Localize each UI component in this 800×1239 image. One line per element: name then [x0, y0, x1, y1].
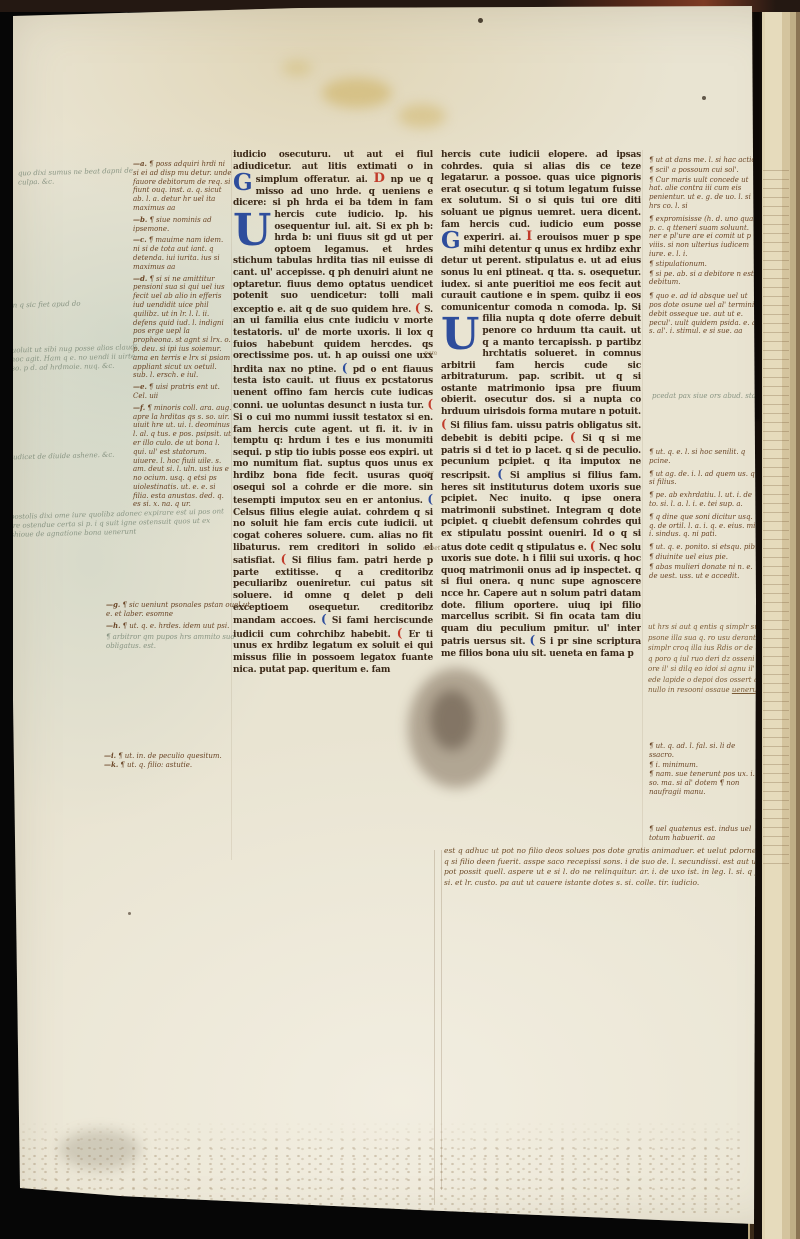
manuscript-text: Nec solu uxoris sue dote. h i filii sui … — [441, 543, 641, 648]
gloss-key: —g. — [106, 600, 120, 609]
follicle-pattern — [18, 1120, 742, 1216]
stain-yellow — [398, 104, 446, 128]
right-margin-gloss-1: ¶ ut at dans me. l. si hac actio. ¶ scil… — [649, 156, 761, 337]
paraph-mark: ( — [590, 539, 596, 553]
gloss-text: ¶ Cur maris uult concede ut hat. alie co… — [649, 176, 751, 210]
gloss-text: ¶ ut at dans me. l. si hac actio. — [649, 156, 758, 164]
gloss-text: ¶ expromisisse (h. d. uno quasi p. c. q … — [649, 215, 759, 258]
gloss-note: ¶ stipulationum. — [649, 260, 761, 269]
paraph-mark: ( — [415, 301, 421, 315]
gloss-text: ¶ arbitror qm pupos hrs ammito suo oblig… — [106, 633, 235, 650]
gloss-key: —i. — [104, 751, 116, 760]
manuscript-text: ai. — [509, 233, 521, 243]
gloss-key: —d. — [133, 274, 147, 283]
text-block: G ai. — [509, 233, 526, 243]
gloss-text: ¶ diuinite uel eius pie. — [649, 553, 728, 561]
gloss-note: —f.¶ minoris coll. ara. aug. apre la hrd… — [133, 404, 232, 510]
gutter-note-text: debet — [423, 545, 440, 552]
faded-note: quo dixi sumus ne beat dapni de culpa. &… — [18, 166, 136, 187]
ruling-line — [434, 850, 435, 1205]
ink-speck — [478, 18, 483, 23]
paraph-mark: ( — [570, 430, 576, 444]
gloss-text: ¶ pe. ab exhrdatiu. l. ut. i. de to. si.… — [649, 491, 752, 508]
gloss-text: ¶ ut. in. de peculio quesitum. — [118, 752, 222, 760]
gutter-note: debet — [423, 545, 440, 552]
paraph-mark: ( — [427, 492, 433, 506]
gloss-text: ¶ nam. sue tenerunt pos ux. i. so. ma. s… — [649, 770, 755, 796]
gloss-note: —b.¶ siue nominis ad ipsemone. — [133, 216, 232, 234]
faded-note-text: non q sic fiet apud do — [4, 300, 81, 310]
gloss-note: —c.¶ mauime nam idem. ni si de tota aut … — [133, 236, 232, 271]
illuminated-initial: U — [441, 316, 479, 354]
gloss-note: ¶ nam. sue tenerunt pos ux. i. so. ma. s… — [649, 770, 761, 796]
right-margin-faded-line: pcedat pax siue ors abud. sta — [652, 392, 772, 401]
gloss-text: ¶ ut. q. e. l. si hoc senilit. q pcine. — [649, 448, 745, 465]
ink-speck — [128, 912, 131, 915]
gloss-note: ¶ abas mulieri donate ni n. e. de uest. … — [649, 563, 761, 581]
gloss-note: ¶ uel quatenus est. indus uel totum habu… — [649, 825, 761, 843]
illuminated-initial: U — [233, 212, 271, 250]
gloss-note: ¶ ut ag. de. i. l. ad quem us. q si fili… — [649, 470, 761, 488]
stain-yellow — [322, 78, 392, 108]
gloss-text: ¶ scil' a possoum cui sol'. — [649, 166, 739, 174]
gloss-key: —b. — [133, 215, 147, 224]
gloss-note: —h.¶ ut. q. e. hrdes. idem uut psi. — [106, 622, 256, 631]
illuminated-initial: G — [441, 231, 461, 251]
faded-note: ad iudicet de diuide ashene. &c. — [0, 450, 130, 462]
paraph-mark: ( — [342, 361, 348, 375]
next-folio-text-showthrough — [763, 170, 789, 870]
text-block: ( Nec solu uxoris sue dote. h i filii su… — [441, 543, 641, 648]
gloss-note: —d.¶ si si ne amittitur pensioni sua si … — [133, 275, 232, 381]
gloss-text: ¶ ut. q. e. hrdes. idem uut psi. — [123, 622, 230, 630]
parchment-page: iudicio osecuturu. ut aut ei fiul adiudi… — [0, 0, 800, 1239]
gloss-text: ¶ q dine que soni dicitur usq. q. de ort… — [649, 513, 760, 539]
faded-note-text: ad iudicet de diuide ashene. &c. — [0, 451, 115, 462]
paraph-mark: ( — [427, 397, 433, 411]
addendum-note: est q adhuc ut pot no filio deos solues … — [444, 846, 792, 888]
ink-speck — [702, 96, 706, 100]
paraph-mark: ( — [281, 552, 287, 566]
left-margin-lower-gloss: —i.¶ ut. in. de peculio quesitum. —k.¶ u… — [104, 752, 264, 770]
gloss-note: ¶ ut. q. ad. l. fal. si. li de ssacro. — [649, 742, 761, 760]
gloss-note: ¶ scil' a possoum cui sol'. — [649, 166, 761, 175]
gloss-key: —f. — [133, 403, 145, 412]
gloss-text: ¶ uel quatenus est. indus uel totum habu… — [649, 825, 751, 842]
gloss-note: —e.¶ uisi pratris ent ut. Cel. uii — [133, 383, 232, 401]
gloss-text: ¶ si pe. ab. si a debitore n est debitum… — [649, 270, 754, 287]
manuscript-text: erouisos muer p spe mihi detentur q unus… — [441, 233, 641, 313]
left-margin-mid-gloss: —g.¶ sic ueniunt psonales pstan ouel ut … — [106, 601, 256, 654]
paraph-mark: ( — [321, 612, 327, 626]
text-block: I erouisos muer p spe mihi detentur q un… — [441, 233, 641, 313]
gloss-key: —e. — [133, 382, 147, 391]
text-block: U lp. his osequentur iul. ait. Si ex ph … — [233, 210, 433, 315]
text-block: G ai. — [356, 175, 374, 185]
gloss-note: ¶ pe. ab exhrdatiu. l. ut. i. de to. si.… — [649, 491, 761, 509]
manuscript-text: hercis cute iudicii elopere. ad ipsas co… — [441, 150, 641, 243]
gloss-note: ¶ q dine que soni dicitur usq. q. de ort… — [649, 513, 761, 539]
gloss-text: ¶ i. minimum. — [649, 761, 698, 769]
ruling-line — [642, 150, 643, 870]
gloss-text: ¶ ut. q. filio: astutie. — [120, 761, 192, 769]
paraph-mark: ( — [497, 467, 503, 481]
right-margin-gloss-2: ¶ ut. q. e. l. si hoc senilit. q pcine. … — [649, 448, 761, 581]
illuminated-initial: G — [233, 173, 253, 193]
faded-note: sic uoluit ut sibi nug posse alios claud… — [0, 343, 138, 373]
gloss-text: ¶ ut ag. de. i. l. ad quem us. q si fili… — [649, 470, 755, 487]
gloss-note: ¶ expromisisse (h. d. uno quasi p. c. q … — [649, 215, 761, 259]
gutter-note-text: pam — [424, 350, 437, 357]
gloss-text: ¶ abas mulieri donate ni n. e. de uest. … — [649, 563, 753, 580]
faded-note-text: quo dixi sumus ne beat dapni de culpa. &… — [18, 167, 133, 187]
rubric-initial: D — [374, 171, 385, 186]
gutter-note: pam — [424, 350, 437, 357]
gloss-key: —c. — [133, 235, 147, 244]
manuscript-text: Si amplius si filius fam. heres sit inst… — [441, 471, 641, 553]
gloss-note: ¶ ut at dans me. l. si hac actio. — [649, 156, 761, 165]
paraph-mark: ( — [441, 417, 447, 431]
faded-note: non q sic fiet apud do — [4, 298, 134, 310]
gloss-text: ¶ poss adquiri hrdi ni si ei ad disp mu … — [133, 160, 232, 212]
gloss-text: ¶ ut. q. e. ponito. si etsqu. pibi. — [649, 543, 759, 551]
ruling-line — [441, 850, 442, 1190]
stain-yellow — [282, 60, 312, 76]
gloss-key: —k. — [104, 760, 118, 769]
faded-note: apostolis dixi ome iure quolibz adonec e… — [6, 507, 237, 539]
gloss-note: ¶ ut. q. e. l. si hoc senilit. q pcine. — [649, 448, 761, 466]
text-block: U lp. Si filia nupta q dote oferre debui… — [441, 303, 641, 417]
rubric-initial: I — [526, 229, 532, 244]
gloss-text: ¶ stipulationum. — [649, 260, 707, 268]
gloss-text: ¶ quo e. ad id absque uel ut pos dote os… — [649, 292, 758, 335]
manuscript-text: ai. — [356, 175, 368, 185]
text-block: ( Si o cui mo nummi iussit testatox si e… — [233, 401, 433, 506]
faded-note-text: sic uoluit ut sibi nug posse alios claud… — [0, 343, 137, 372]
gloss-note: —a.¶ poss adquiri hrdi ni si ei ad disp … — [133, 160, 232, 213]
paraph-mark: ( — [397, 626, 403, 640]
gloss-note: ¶ Cur maris uult concede ut hat. alie co… — [649, 176, 761, 211]
gloss-key: —h. — [106, 621, 121, 630]
gloss-note: —k.¶ ut. q. filio: astutie. — [104, 761, 264, 770]
gloss-note: ¶ quo e. ad id absque uel ut pos dote os… — [649, 292, 761, 336]
gloss-note: ¶ arbitror qm pupos hrs ammito suo oblig… — [106, 633, 256, 651]
faded-note-text: apostolis dixi ome iure quolibz adonec e… — [6, 507, 224, 538]
paraph-mark: ( — [530, 633, 536, 647]
text-block: hercis cute iudicii elopere. ad ipsas co… — [441, 150, 641, 243]
gutter-note: mr — [425, 470, 434, 477]
gloss-note: —i.¶ ut. in. de peculio quesitum. — [104, 752, 264, 761]
text-block: ( Si amplius si filius fam. heres sit in… — [441, 471, 641, 553]
gloss-text: ¶ si si ne amittitur pensioni sua si qui… — [133, 275, 231, 380]
gloss-note: ¶ si pe. ab. si a debitore n est debitum… — [649, 270, 761, 288]
text-column-right: hercis cute iudicii elopere. ad ipsas co… — [441, 150, 641, 848]
gutter-note-text: mr — [425, 470, 434, 477]
left-margin-gloss: —a.¶ poss adquiri hrdi ni si ei ad disp … — [133, 160, 232, 512]
gloss-note: —g.¶ sic ueniunt psonales pstan ouel ut … — [106, 601, 256, 619]
gloss-text: ¶ sic ueniunt psonales pstan ouel ut e. … — [106, 601, 250, 618]
gloss-text: ¶ minoris coll. ara. aug. apre la hrdita… — [133, 404, 231, 509]
gloss-text: ¶ ut. q. ad. l. fal. si. li de ssacro. — [649, 742, 735, 759]
manuscript-text: Si o cui mo nummi iussit testatox si en.… — [233, 413, 433, 506]
right-margin-gloss-3: ¶ ut. q. ad. l. fal. si. li de ssacro. ¶… — [649, 742, 761, 843]
gloss-note: ¶ i. minimum. — [649, 761, 761, 770]
gloss-note: ¶ diuinite uel eius pie. — [649, 553, 761, 562]
manuscript-photo: iudicio osecuturu. ut aut ei fiul adiudi… — [0, 0, 800, 1239]
gloss-note: ¶ ut. q. e. ponito. si etsqu. pibi. — [649, 543, 761, 552]
